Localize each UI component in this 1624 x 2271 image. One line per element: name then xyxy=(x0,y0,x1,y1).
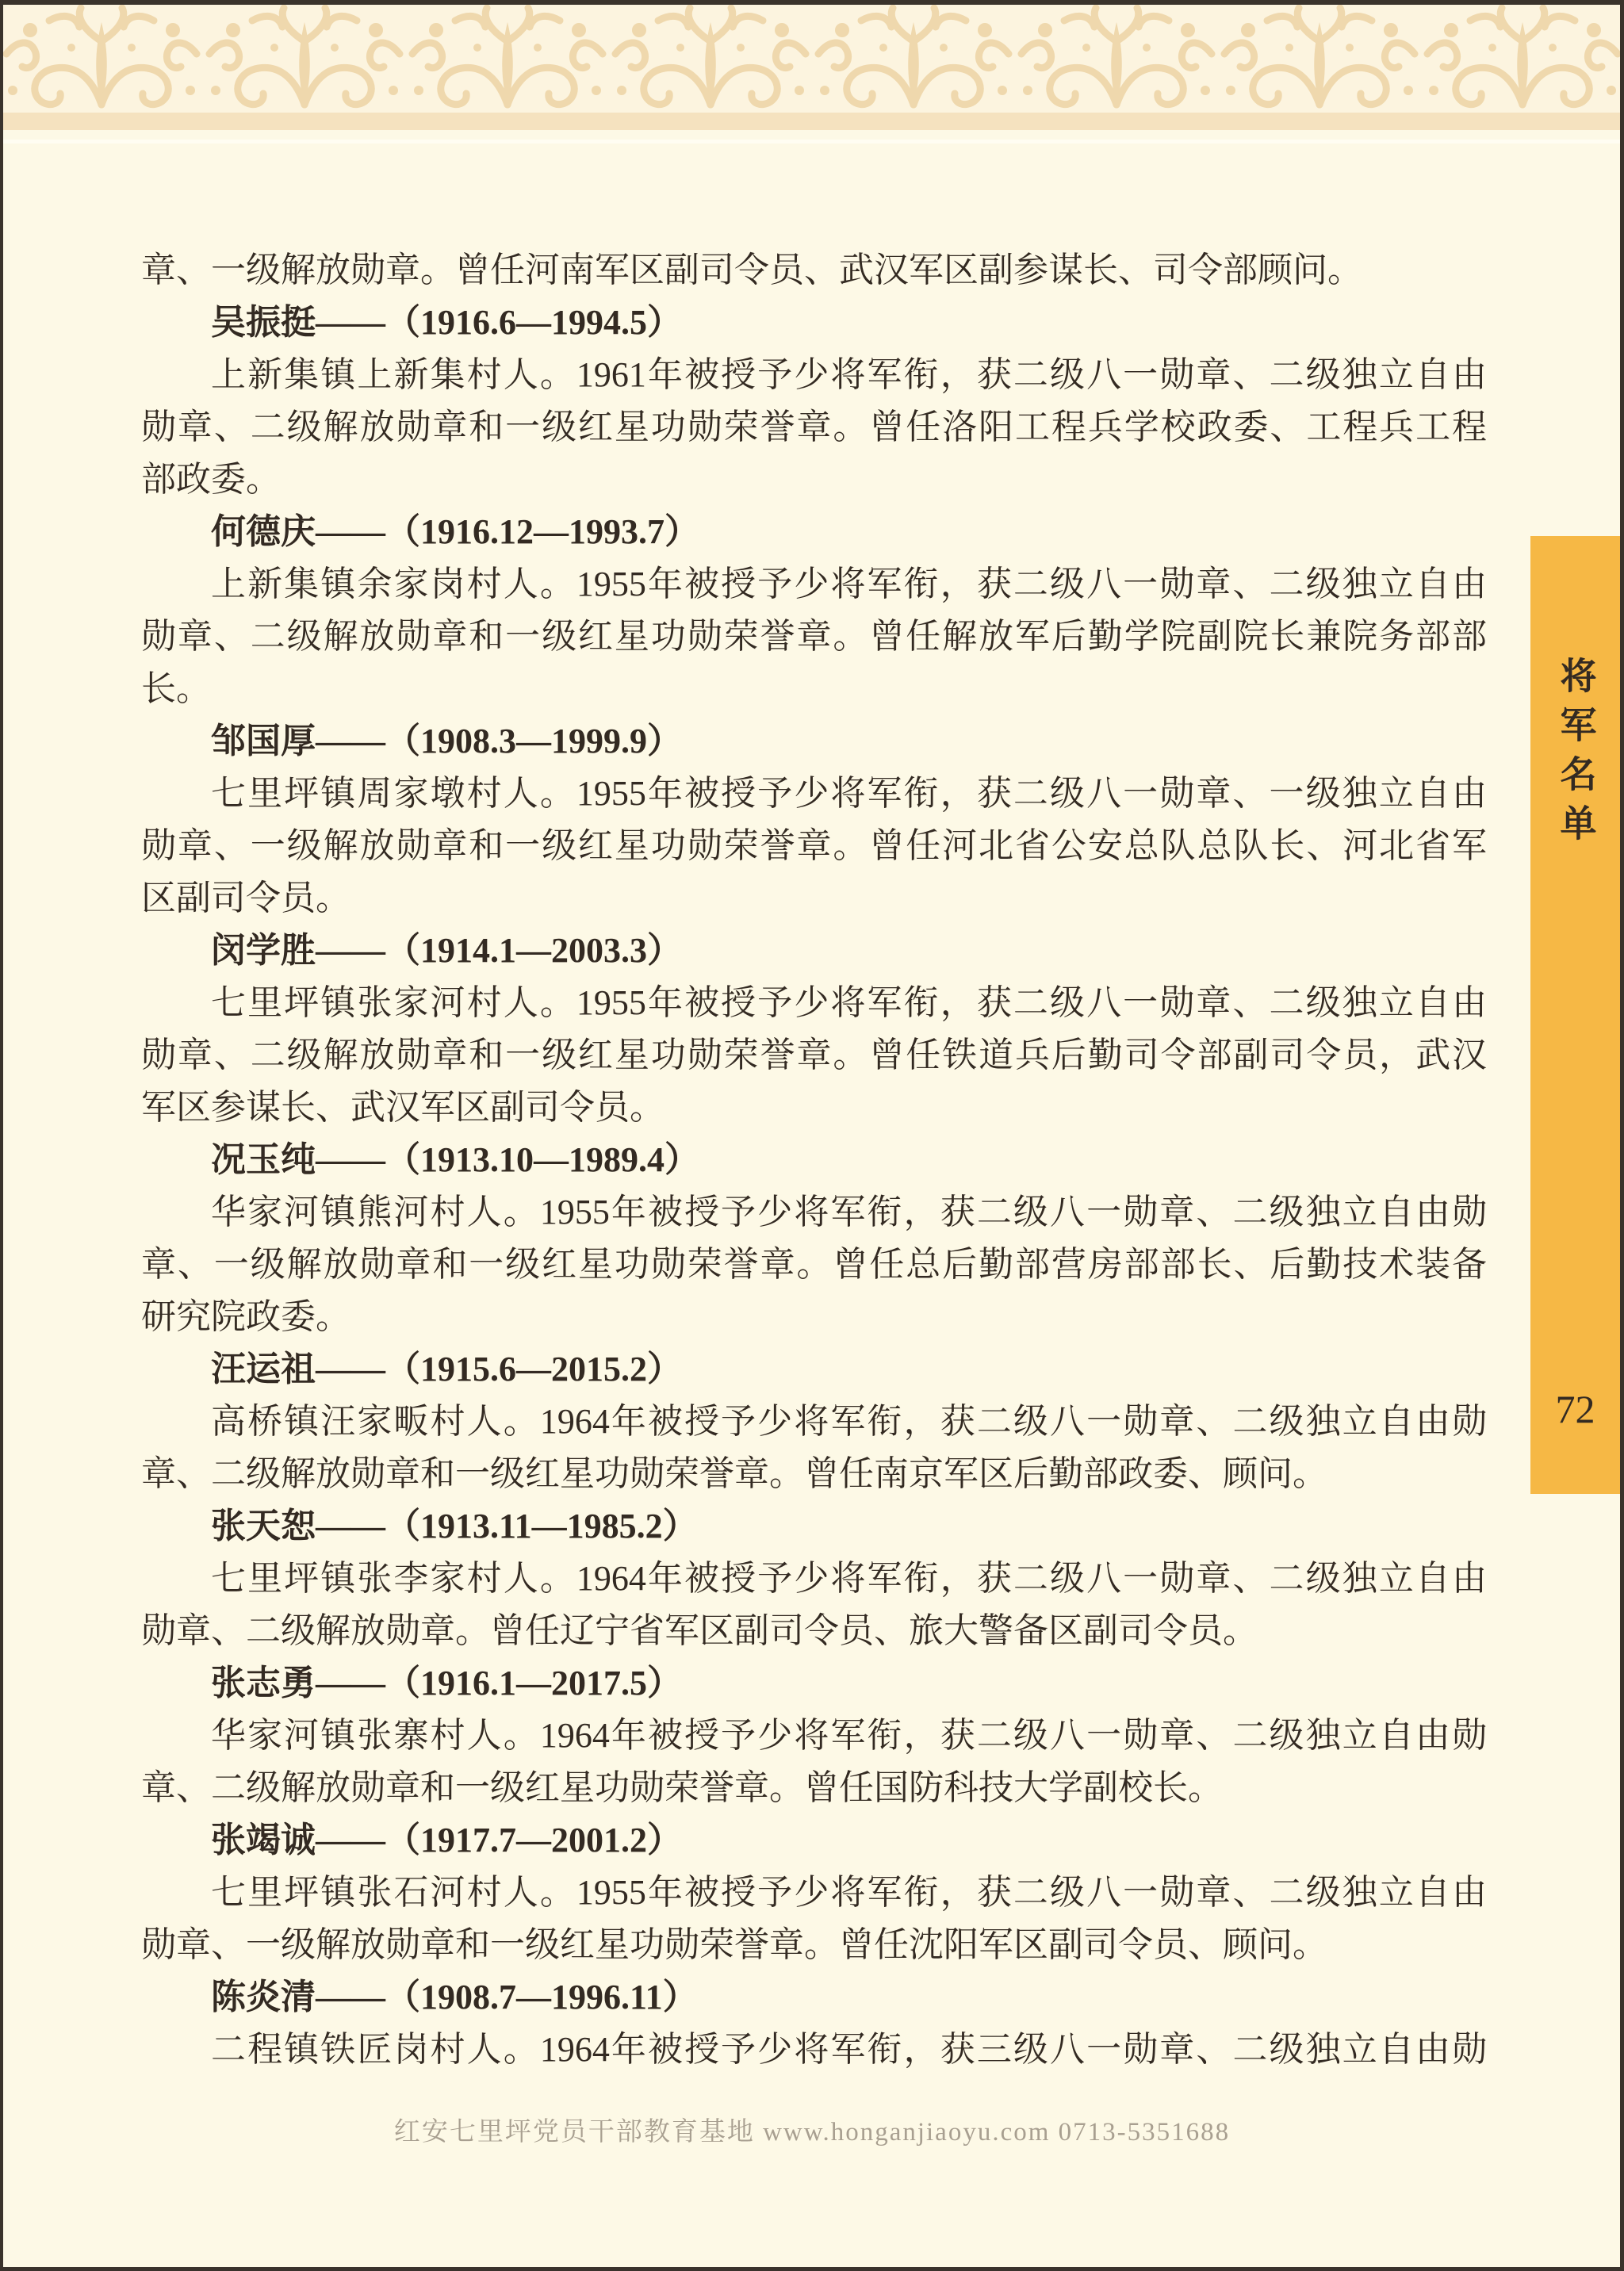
entry-heading: 闵学胜——（1914.1—2003.3） xyxy=(141,925,1487,977)
ornament-pattern-band xyxy=(0,5,1624,113)
page-footer: 红安七里坪党员干部教育基地 www.honganjiaoyu.com 0713-… xyxy=(0,2111,1624,2148)
body-lines: 章、一级解放勋章。曾任河南军区副司令员、武汉军区副参谋长、司令部顾问。吴振挺——… xyxy=(141,244,1487,2076)
entry-heading: 张竭诚——（1917.7—2001.2） xyxy=(141,1814,1487,1867)
text-line: 勋章、一级解放勋章和一级红星功勋荣誉章。曾任河北省公安总队总队长、河北省军 xyxy=(141,820,1487,872)
text-line: 华家河镇张寨村人。1964年被授予少将军衔，获二级八一勋章、二级独立自由勋 xyxy=(141,1710,1487,1762)
text-line: 勋章、一级解放勋章和一级红星功勋荣誉章。曾任沈阳军区副司令员、顾问。 xyxy=(141,1919,1487,1971)
text-line: 勋章、二级解放勋章和一级红星功勋荣誉章。曾任铁道兵后勤司令部副司令员，武汉 xyxy=(141,1029,1487,1082)
entry-heading: 邹国厚——（1908.3—1999.9） xyxy=(141,715,1487,768)
entry-heading: 张天恕——（1913.11—1985.2） xyxy=(141,1500,1487,1553)
text-line: 七里坪镇张李家村人。1964年被授予少将军衔，获二级八一勋章、二级独立自由 xyxy=(141,1553,1487,1605)
book-page: 章、一级解放勋章。曾任河南军区副司令员、武汉军区副参谋长、司令部顾问。吴振挺——… xyxy=(0,0,1624,2271)
entry-heading: 陈炎清——（1908.7—1996.11） xyxy=(141,1971,1487,2024)
text-line: 华家河镇熊河村人。1955年被授予少将军衔，获二级八一勋章、二级独立自由勋 xyxy=(141,1186,1487,1239)
text-line: 七里坪镇张石河村人。1955年被授予少将军衔，获二级八一勋章、二级独立自由 xyxy=(141,1867,1487,1919)
text-line: 部政委。 xyxy=(141,454,1487,506)
text-line: 勋章、二级解放勋章和一级红星功勋荣誉章。曾任解放军后勤学院副院长兼院务部部 xyxy=(141,611,1487,663)
page-number: 72 xyxy=(1556,1386,1595,1432)
text-line: 研究院政委。 xyxy=(141,1291,1487,1343)
text-line: 区副司令员。 xyxy=(141,872,1487,925)
text-line: 章、一级解放勋章。曾任河南军区副司令员、武汉军区副参谋长、司令部顾问。 xyxy=(141,244,1487,297)
text-line: 上新集镇余家岗村人。1955年被授予少将军衔，获二级八一勋章、二级独立自由 xyxy=(141,558,1487,611)
text-line: 七里坪镇周家墩村人。1955年被授予少将军衔，获二级八一勋章、一级独立自由 xyxy=(141,768,1487,820)
text-line: 二程镇铁匠岗村人。1964年被授予少将军衔，获三级八一勋章、二级独立自由勋 xyxy=(141,2024,1487,2076)
entry-heading: 况玉纯——（1913.10—1989.4） xyxy=(141,1134,1487,1186)
entry-heading: 何德庆——（1916.12—1993.7） xyxy=(141,506,1487,558)
text-line: 章、一级解放勋章和一级红星功勋荣誉章。曾任总后勤部营房部部长、后勤技术装备 xyxy=(141,1239,1487,1291)
text-line: 勋章、二级解放勋章和一级红星功勋荣誉章。曾任洛阳工程兵学校政委、工程兵工程 xyxy=(141,401,1487,454)
entry-heading: 张志勇——（1916.1—2017.5） xyxy=(141,1657,1487,1710)
header-strip xyxy=(0,113,1624,130)
footer-text: 红安七里坪党员干部教育基地 www.honganjiaoyu.com 0713-… xyxy=(394,2118,1230,2147)
text-line: 军区参谋长、武汉军区副司令员。 xyxy=(141,1082,1487,1134)
text-line: 上新集镇上新集村人。1961年被授予少将军衔，获二级八一勋章、二级独立自由 xyxy=(141,349,1487,401)
header-divider-line xyxy=(0,140,1624,144)
text-line: 高桥镇汪家畈村人。1964年被授予少将军衔，获二级八一勋章、二级独立自由勋 xyxy=(141,1396,1487,1448)
entry-heading: 汪运祖——（1915.6—2015.2） xyxy=(141,1343,1487,1396)
text-line: 长。 xyxy=(141,663,1487,715)
text-line: 七里坪镇张家河村人。1955年被授予少将军衔，获二级八一勋章、二级独立自由 xyxy=(141,977,1487,1029)
text-line: 勋章、二级解放勋章。曾任辽宁省军区副司令员、旅大警备区副司令员。 xyxy=(141,1605,1487,1657)
entry-heading: 吴振挺——（1916.6—1994.5） xyxy=(141,297,1487,349)
text-line: 章、二级解放勋章和一级红星功勋荣誉章。曾任国防科技大学副校长。 xyxy=(141,1762,1487,1814)
text-line: 章、二级解放勋章和一级红星功勋荣誉章。曾任南京军区后勤部政委、顾问。 xyxy=(141,1448,1487,1500)
chapter-tab-label: 将军名单 xyxy=(1549,657,1602,853)
chapter-side-tab: 将军名单 72 xyxy=(1530,536,1620,1494)
